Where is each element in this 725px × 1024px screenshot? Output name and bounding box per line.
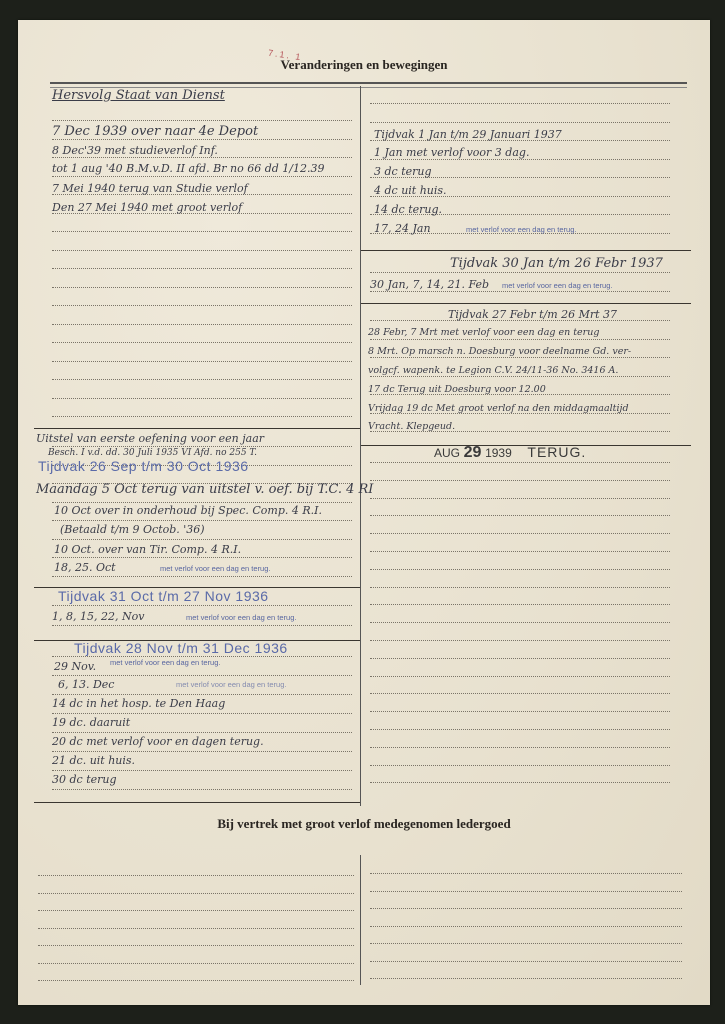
handwritten-line: 18, 25. Oct: [54, 561, 116, 574]
leave-stamp: met verlof voor een dag en terug.: [186, 613, 296, 622]
handwritten-line: 3 dc terug: [374, 165, 432, 178]
handwritten-line: Vracht. Klepgeud.: [368, 421, 455, 432]
ruled-line: [52, 287, 352, 288]
ruled-line: [38, 893, 354, 894]
ruled-line: [370, 693, 670, 694]
handwritten-line: 14 dc in het hosp. te Den Haag: [52, 697, 225, 710]
handwritten-line: volgcf. wapenk. te Legion C.V. 24/11-36 …: [368, 365, 618, 376]
footer-column-divider: [360, 855, 361, 985]
ruled-line: [370, 711, 670, 712]
ruled-line: [370, 747, 670, 748]
ruled-line: [370, 978, 682, 979]
ruled-line: [52, 268, 352, 269]
handwritten-line: 7 Dec 1939 over naar 4e Depot: [52, 124, 258, 139]
ruled-line: [52, 557, 352, 558]
leave-stamp: met verlof voor een dag en terug.: [466, 225, 576, 234]
handwritten-line: 7 Mei 1940 terug van Studie verlof: [52, 182, 248, 195]
handwritten-line: 19 dc. daaruit: [52, 716, 130, 729]
handwritten-line: Vrijdag 19 dc Met groot verlof na den mi…: [368, 403, 629, 414]
handwritten-line: Tijdvak 1 Jan t/m 29 Januari 1937: [374, 128, 562, 141]
ruled-line: [38, 928, 354, 929]
ruled-line: [370, 551, 670, 552]
ruled-line: [52, 732, 352, 733]
handwritten-line: tot 1 aug '40 B.M.v.D. II afd. Br no 66 …: [52, 162, 324, 175]
ruled-line: [52, 713, 352, 714]
handwritten-line: Den 27 Mei 1940 met groot verlof: [52, 201, 242, 214]
ruled-line: [52, 675, 352, 676]
handwritten-line: 8 Mrt. Op marsch n. Doesburg voor deelna…: [368, 346, 631, 357]
ruled-line: [370, 103, 670, 104]
ruled-line: [38, 945, 354, 946]
ruled-line: [370, 604, 670, 605]
handwritten-line: 14 dc terug.: [374, 203, 442, 216]
handwritten-line: Maandag 5 Oct terug van uitstel v. oef. …: [36, 482, 373, 497]
handwritten-heading: Tijdvak 27 Febr t/m 26 Mrt 37: [448, 308, 617, 321]
handwritten-line: 4 dc uit huis.: [374, 184, 447, 197]
section-divider: [361, 303, 691, 304]
ruled-line: [370, 908, 682, 909]
ruled-line: [38, 910, 354, 911]
ruled-line: [52, 231, 352, 232]
period-stamp: Tijdvak 31 Oct t/m 27 Nov 1936: [58, 588, 269, 604]
page-title: Veranderingen en bewegingen: [18, 57, 710, 73]
handwritten-line: (Betaald t/m 9 Octob. '36): [60, 523, 205, 536]
ruled-line: [370, 765, 670, 766]
handwritten-line: 21 dc. uit huis.: [52, 754, 135, 767]
date-stamp: AUG 29 1939 TERUG.: [434, 444, 586, 462]
ruled-line: [52, 751, 352, 752]
ruled-line: [52, 694, 352, 695]
ruled-line: [370, 676, 670, 677]
footer-title: Bij vertrek met groot verlof medegenomen…: [18, 816, 710, 832]
ruled-line: [370, 462, 670, 463]
date-stamp-word: TERUG.: [527, 444, 586, 460]
handwritten-line: 1 Jan met verlof voor 3 dag.: [374, 146, 529, 159]
ruled-line: [370, 587, 670, 588]
handwritten-line: 30 Jan, 7, 14, 21. Feb: [370, 278, 489, 291]
date-stamp-day: 29: [464, 444, 482, 461]
leave-stamp: met verlof voor een dag en terug.: [502, 281, 612, 290]
ruled-line: [52, 379, 352, 380]
left-heading: Hersvolg Staat van Dienst: [52, 88, 225, 103]
section-divider: [361, 250, 691, 251]
leave-stamp: met verlof voor een dag en terug.: [160, 564, 270, 573]
ruled-line: [370, 498, 670, 499]
handwritten-line: 28 Febr, 7 Mrt met verlof voor een dag e…: [368, 327, 599, 338]
ruled-line: [38, 980, 354, 981]
section-divider: [34, 428, 360, 429]
ruled-line: [370, 569, 670, 570]
date-stamp-year: 1939: [485, 446, 512, 460]
period-stamp: Tijdvak 26 Sep t/m 30 Oct 1936: [38, 458, 249, 474]
handwritten-line: 10 Oct. over van Tir. Comp. 4 R.I.: [54, 543, 241, 556]
ruled-line: [370, 782, 670, 783]
date-stamp-month: AUG: [434, 446, 460, 460]
ruled-line: [370, 926, 682, 927]
handwritten-line: Besch. I v.d. dd. 30 Juli 1935 VI Afd. n…: [48, 448, 257, 458]
ruled-line: [370, 729, 670, 730]
ruled-line: [52, 446, 352, 447]
ruled-line: [370, 357, 670, 358]
ruled-line: [52, 770, 352, 771]
ruled-line: [52, 305, 352, 306]
ruled-line: [370, 622, 670, 623]
handwritten-heading: Tijdvak 30 Jan t/m 26 Febr 1937: [450, 256, 663, 271]
column-divider: [360, 86, 361, 806]
handwritten-line: 17, 24 Jan: [374, 222, 431, 235]
handwritten-line: 30 dc terug: [52, 773, 117, 786]
ruled-line: [52, 416, 352, 417]
ruled-line: [370, 658, 670, 659]
ruled-line: [52, 656, 352, 657]
ruled-line: [370, 272, 670, 273]
leave-stamp: met verlof voor een dag en terug.: [110, 658, 220, 667]
ruled-line: [370, 873, 682, 874]
ruled-line: [52, 789, 352, 790]
ruled-line: [52, 605, 352, 606]
ruled-line: [52, 539, 352, 540]
handwritten-line: 1, 8, 15, 22, Nov: [52, 610, 144, 623]
ruled-line: [370, 291, 670, 292]
document-page: 7.1. 1 Veranderingen en bewegingen Hersv…: [18, 20, 710, 1005]
ruled-line: [52, 157, 352, 158]
ruled-line: [52, 502, 352, 503]
ruled-line: [52, 120, 352, 121]
handwritten-line: 10 Oct over in onderhoud bij Spec. Comp.…: [54, 504, 322, 517]
handwritten-line: 20 dc met verlof voor en dagen terug.: [52, 735, 264, 748]
ruled-line: [52, 576, 352, 577]
ruled-line: [370, 515, 670, 516]
ruled-line: [52, 520, 352, 521]
ruled-line: [370, 961, 682, 962]
ruled-line: [38, 963, 354, 964]
handwritten-line: Uitstel van eerste oefening voor een jaa…: [36, 432, 264, 445]
section-divider: [34, 802, 360, 803]
ruled-line: [52, 176, 352, 177]
ruled-line: [370, 640, 670, 641]
ruled-line: [52, 625, 352, 626]
ruled-line: [370, 533, 670, 534]
handwritten-line: 17 dc Terug uit Doesburg voor 12.00: [368, 384, 546, 395]
handwritten-line: 29 Nov.: [54, 660, 96, 673]
ruled-line: [38, 875, 354, 876]
ruled-line: [370, 122, 670, 123]
ruled-line: [52, 361, 352, 362]
handwritten-line: 8 Dec'39 met studieverlof Inf.: [52, 144, 218, 157]
ruled-line: [52, 250, 352, 251]
leave-stamp: met verlof voor een dag en terug.: [176, 680, 286, 689]
ruled-line: [52, 324, 352, 325]
ruled-line: [52, 342, 352, 343]
ruled-line: [52, 398, 352, 399]
ruled-line: [370, 339, 670, 340]
ruled-line: [370, 891, 682, 892]
period-stamp: Tijdvak 28 Nov t/m 31 Dec 1936: [74, 640, 288, 656]
ruled-line: [370, 480, 670, 481]
ruled-line: [370, 943, 682, 944]
handwritten-line: 6, 13. Dec: [58, 678, 114, 691]
